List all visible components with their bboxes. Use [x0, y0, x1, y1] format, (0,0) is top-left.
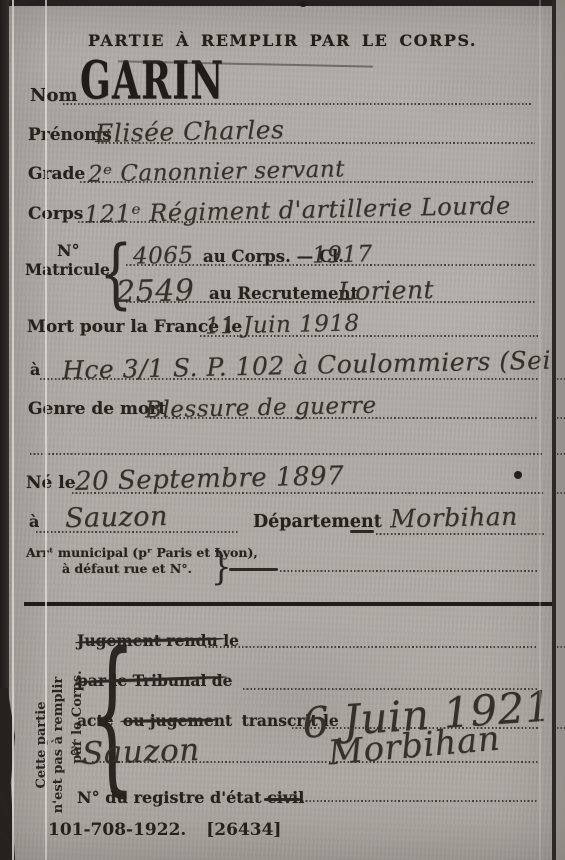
page-title: PARTIE À REMPLIR PAR LE CORPS.	[0, 31, 565, 50]
ne-le-label: Né le	[26, 473, 76, 493]
matricule-recrutement-value: 2549	[116, 273, 195, 310]
dotted-rule-stub	[557, 378, 565, 380]
departement-value: Morbihan	[390, 502, 518, 534]
dotted-rule	[126, 264, 536, 266]
dotted-rule-stub	[557, 727, 565, 729]
imprint: 101-708-1922. [26434]	[48, 820, 295, 840]
dotted-rule	[200, 335, 538, 337]
imprint-code: 101-708-1922.	[48, 820, 186, 840]
solid-rule	[264, 798, 300, 801]
scan-edge-right-strip	[556, 0, 565, 860]
scan-edge-right	[552, 0, 556, 860]
section-divider	[24, 602, 557, 606]
fold-line	[539, 0, 541, 860]
arrondissement-brace: }	[211, 549, 232, 583]
dotted-rule	[80, 181, 535, 183]
dotted-rule	[280, 570, 538, 572]
solid-rule	[350, 530, 374, 533]
dotted-rule	[205, 646, 538, 648]
dotted-rule	[78, 221, 535, 223]
fold-line	[12, 0, 14, 860]
military-death-record-card: PARTIE À REMPLIR PAR LE CORPS. Nom GARIN…	[0, 0, 565, 860]
transcrit-lieu-value: Sauzon	[81, 732, 200, 772]
dotted-rule-stub	[557, 417, 565, 419]
dotted-rule	[150, 417, 538, 419]
ink-dot	[514, 471, 522, 479]
ink-speck	[299, 1, 307, 7]
fold-line	[45, 0, 47, 860]
ne-a-value: Sauzon	[65, 501, 168, 534]
dotted-rule	[302, 800, 538, 802]
departement-label: Département	[253, 512, 382, 532]
imprint-bracket-number: [26434]	[206, 820, 281, 840]
dotted-rule	[63, 103, 533, 105]
grade-label: Grade	[28, 164, 85, 184]
corps-label: Corps	[28, 204, 83, 224]
arrondissement-label-line2: à défaut rue et N°.	[62, 561, 192, 576]
dotted-rule-stub	[557, 646, 565, 648]
dotted-rule-stub	[557, 492, 565, 494]
ne-a-label: à	[29, 512, 39, 531]
dotted-rule	[98, 142, 535, 144]
sidebar-note-line1: Cette partie	[34, 670, 51, 820]
dotted-rule	[376, 533, 544, 535]
transcrit-prefix: acte	[77, 711, 114, 730]
sidebar-note-line2: n'est pas à remplir	[51, 670, 68, 820]
dotted-rule-stub	[557, 453, 565, 455]
lieu-mort-label: à	[30, 360, 40, 379]
dotted-rule	[126, 301, 536, 303]
dotted-rule	[40, 378, 538, 380]
dotted-rule	[36, 531, 238, 533]
matricule-label-line1: N°	[57, 241, 80, 260]
scan-edge-top	[0, 0, 565, 6]
sidebar-note: Cette partie n'est pas à remplir	[34, 670, 68, 820]
transcrit-a-label: à	[70, 740, 80, 759]
solid-rule	[229, 568, 278, 571]
dotted-rule	[92, 761, 538, 763]
dotted-rule	[30, 453, 543, 455]
dotted-rule	[72, 492, 543, 494]
